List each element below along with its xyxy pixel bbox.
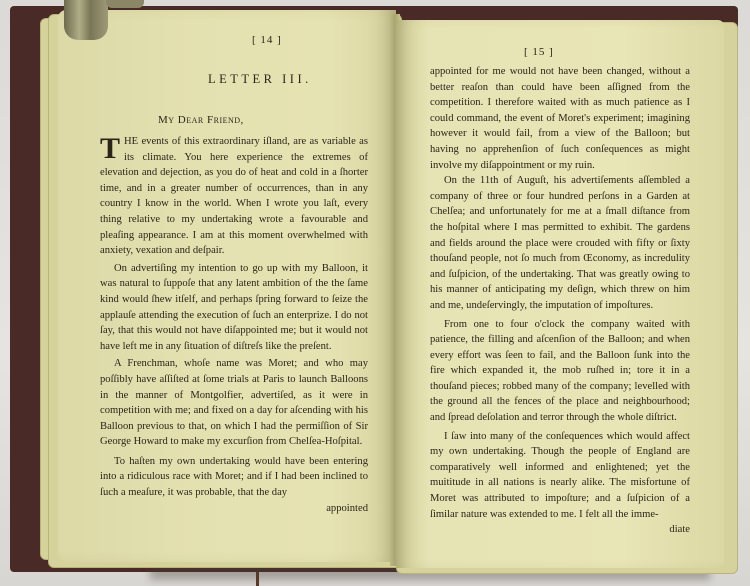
letter-title: LETTER III. <box>208 72 312 87</box>
catchword: appointed <box>100 501 368 517</box>
paragraph: appointed for me would not have been cha… <box>430 64 690 173</box>
left-page: [ 14 ] LETTER III. My Dear Friend, THE e… <box>58 10 396 562</box>
paragraph: I ſaw into many of the conſequences whic… <box>430 429 690 523</box>
left-page-body: THE events of this extraordinary iſland,… <box>100 134 368 516</box>
paragraph: From one to four o'clock the company wai… <box>430 317 690 426</box>
paragraph: THE events of this extraordinary iſland,… <box>100 134 368 259</box>
metal-clip-bar <box>106 0 144 8</box>
salutation: My Dear Friend, <box>158 114 244 126</box>
catchword: diate <box>430 522 690 538</box>
right-page: [ 15 ] appointed for me would not have b… <box>396 20 724 568</box>
paragraph: To haſten my own undertaking would have … <box>100 454 368 501</box>
paragraph: A Frenchman, whoſe name was Moret; and w… <box>100 356 368 450</box>
metal-page-clip <box>64 0 108 40</box>
ribbon-bookmark <box>256 572 259 586</box>
drop-cap: T <box>100 136 120 162</box>
right-page-number: [ 15 ] <box>524 46 554 58</box>
left-page-number: [ 14 ] <box>252 34 282 46</box>
paragraph: On advertiſing my intention to go up wit… <box>100 261 368 355</box>
paragraph: On the 11th of Auguſt, his advertiſement… <box>430 173 690 313</box>
right-page-body: appointed for me would not have been cha… <box>430 64 690 538</box>
